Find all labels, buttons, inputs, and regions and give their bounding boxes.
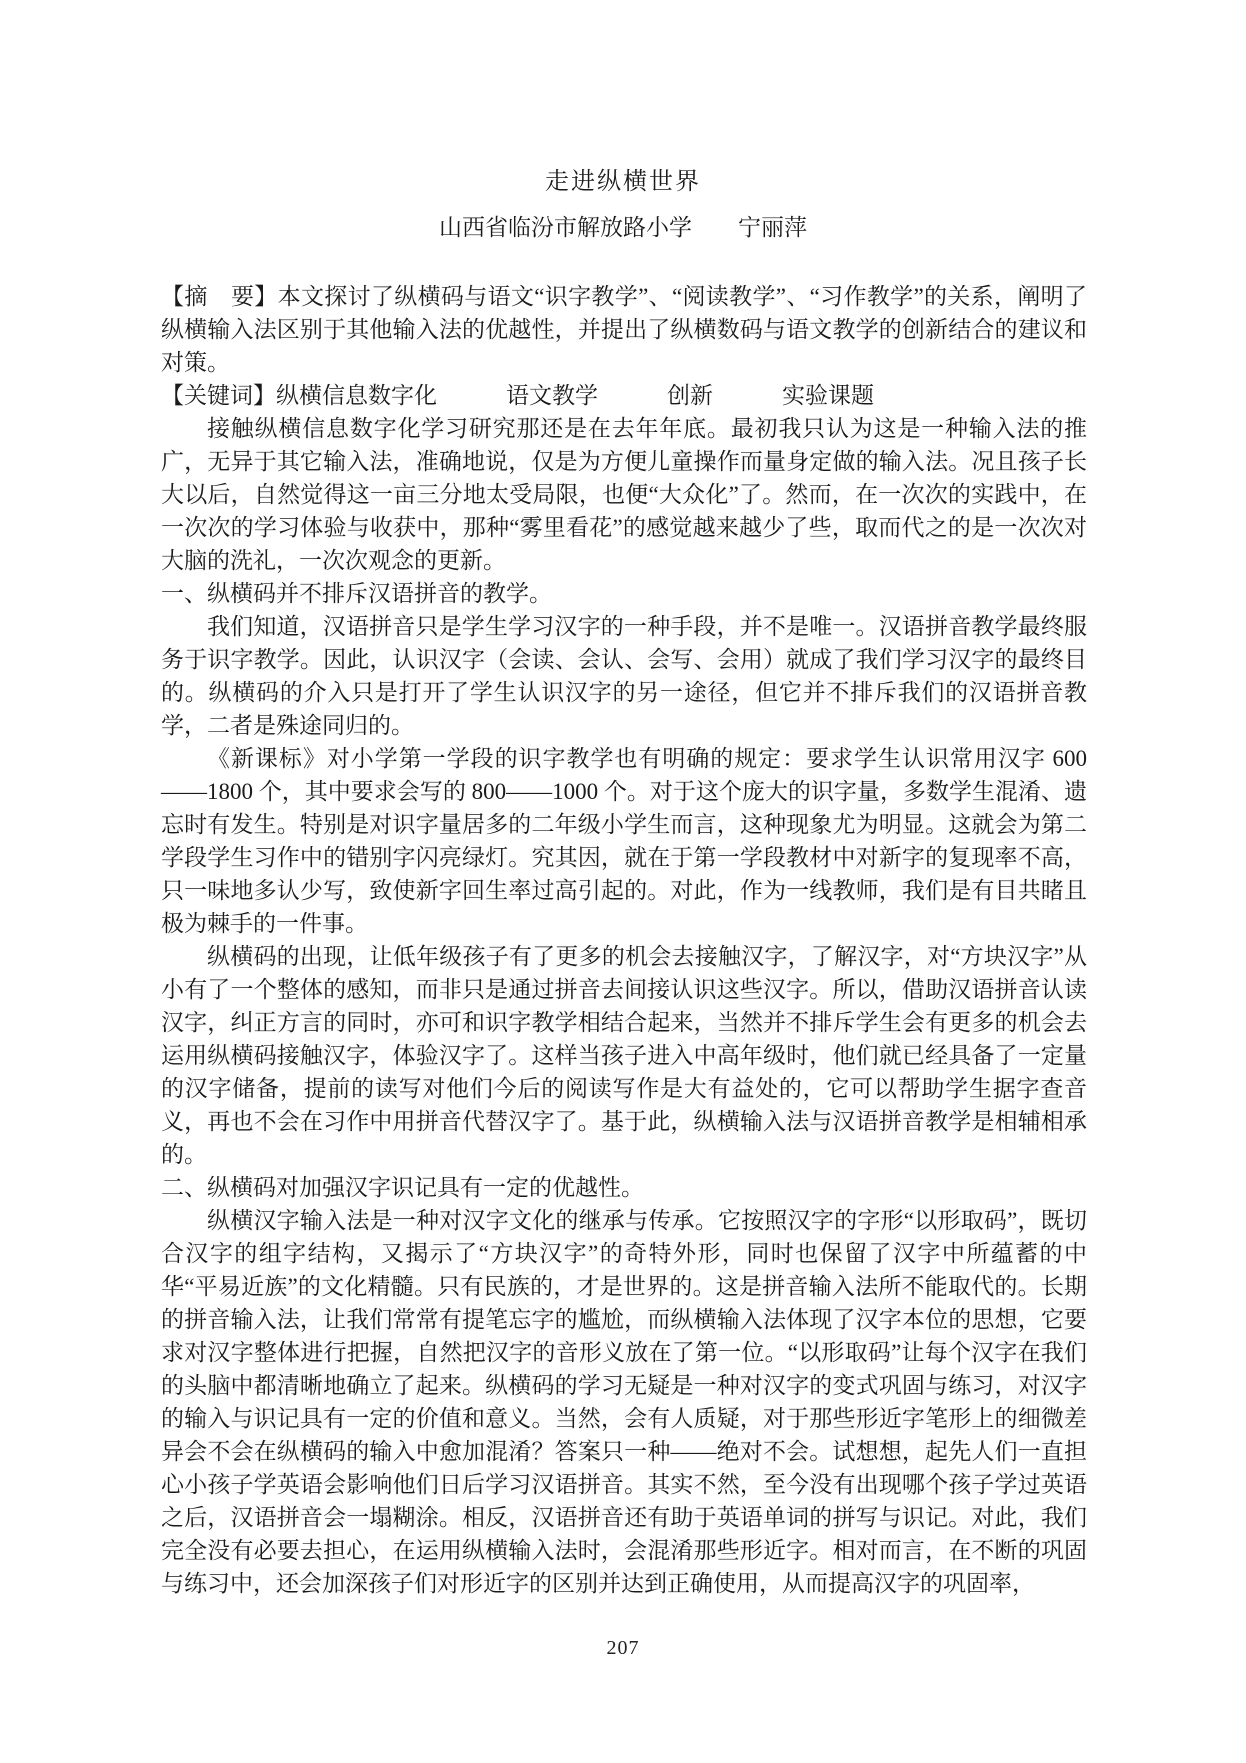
paragraph-section1-3: 纵横码的出现，让低年级孩子有了更多的机会去接触汉字，了解汉字，对“方块汉字”从小… — [161, 940, 1087, 1171]
page-title: 走进纵横世界 — [0, 0, 1246, 196]
section-heading-2: 二、纵横码对加强汉字识记具有一定的优越性。 — [161, 1171, 1087, 1204]
byline: 山西省临汾市解放路小学 宁丽萍 — [0, 214, 1246, 242]
abstract: 【摘 要】本文探讨了纵横码与语文“识字教学”、“阅读教学”、“习作教学”的关系，… — [161, 280, 1087, 379]
paragraph-section2-1: 纵横汉字输入法是一种对汉字文化的继承与传承。它按照汉字的字形“以形取码”，既切合… — [161, 1204, 1087, 1600]
paragraph-section1-1: 我们知道，汉语拼音只是学生学习汉字的一种手段，并不是唯一。汉语拼音教学最终服务于… — [161, 610, 1087, 742]
paragraph-section1-2: 《新课标》对小学第一学段的识字教学也有明确的规定：要求学生认识常用汉字 600—… — [161, 742, 1087, 940]
keywords: 【关键词】纵横信息数字化 语文教学 创新 实验课题 — [161, 379, 1087, 412]
article-body: 【摘 要】本文探讨了纵横码与语文“识字教学”、“阅读教学”、“习作教学”的关系，… — [161, 280, 1087, 1600]
document-page: 走进纵横世界 山西省临汾市解放路小学 宁丽萍 【摘 要】本文探讨了纵横码与语文“… — [0, 0, 1246, 1763]
page-number: 207 — [0, 1636, 1246, 1660]
section-heading-1: 一、纵横码并不排斥汉语拼音的教学。 — [161, 577, 1087, 610]
paragraph-intro: 接触纵横信息数字化学习研究那还是在去年年底。最初我只认为这是一种输入法的推广，无… — [161, 412, 1087, 577]
